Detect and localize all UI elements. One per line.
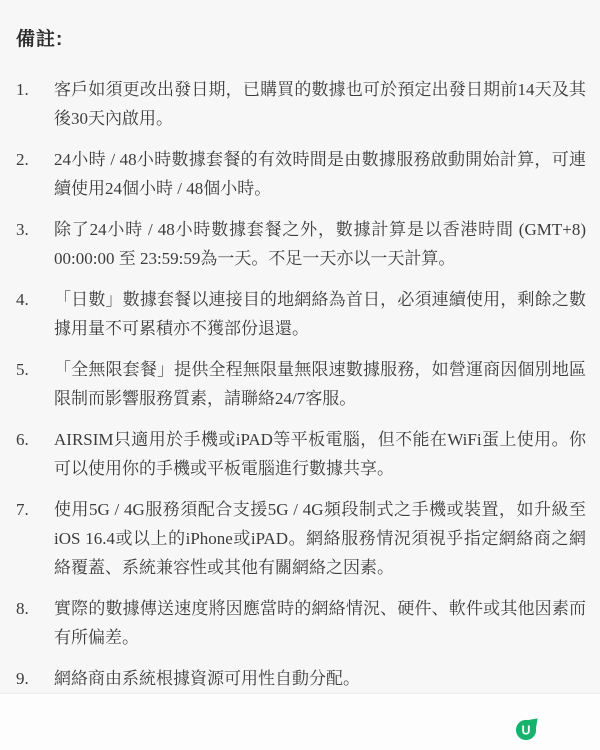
note-number: 2. bbox=[16, 145, 54, 174]
ulifestyle-logo-svg: U bbox=[515, 718, 538, 741]
notes-section: 備註: 1.客戶如須更改出發日期，已購買的數據也可於預定出發日期前14天及其後3… bbox=[0, 0, 600, 693]
note-text: 「全無限套餐」提供全程無限量無限速數據服務，如營運商因個別地區限制而影響服務質素… bbox=[54, 355, 586, 413]
note-number: 4. bbox=[16, 285, 54, 314]
note-number: 9. bbox=[16, 664, 54, 693]
footer-band: U bbox=[0, 693, 600, 750]
note-text: 24小時 / 48小時數據套餐的有效時間是由數據服務啟動開始計算，可連續使用24… bbox=[54, 145, 586, 203]
note-text: AIRSIM只適用於手機或iPAD等平板電腦，但不能在WiFi蛋上使用。你可以使… bbox=[54, 425, 586, 483]
note-number: 5. bbox=[16, 355, 54, 384]
ulifestyle-logo-icon: U bbox=[515, 718, 538, 741]
logo-letter: U bbox=[522, 723, 531, 737]
note-number: 3. bbox=[16, 215, 54, 244]
note-item: 2.24小時 / 48小時數據套餐的有效時間是由數據服務啟動開始計算，可連續使用… bbox=[16, 145, 586, 203]
note-item: 7.使用5G / 4G服務須配合支援5G / 4G頻段制式之手機或裝置，如升級至… bbox=[16, 495, 586, 582]
note-item: 5.「全無限套餐」提供全程無限量無限速數據服務，如營運商因個別地區限制而影響服務… bbox=[16, 355, 586, 413]
note-item: 1.客戶如須更改出發日期，已購買的數據也可於預定出發日期前14天及其後30天內啟… bbox=[16, 75, 586, 133]
notes-title: 備註: bbox=[16, 24, 586, 51]
note-item: 4.「日數」數據套餐以連接目的地網絡為首日，必須連續使用，剩餘之數據用量不可累積… bbox=[16, 285, 586, 343]
note-item: 6.AIRSIM只適用於手機或iPAD等平板電腦，但不能在WiFi蛋上使用。你可… bbox=[16, 425, 586, 483]
note-number: 8. bbox=[16, 594, 54, 623]
note-number: 7. bbox=[16, 495, 54, 524]
notes-page: 備註: 1.客戶如須更改出發日期，已購買的數據也可於預定出發日期前14天及其後3… bbox=[0, 0, 600, 750]
note-text: 使用5G / 4G服務須配合支援5G / 4G頻段制式之手機或裝置，如升級至iO… bbox=[54, 495, 586, 582]
note-text: 網絡商由系統根據資源可用性自動分配。 bbox=[54, 664, 586, 693]
note-text: 「日數」數據套餐以連接目的地網絡為首日，必須連續使用，剩餘之數據用量不可累積亦不… bbox=[54, 285, 586, 343]
note-item: 8.實際的數據傳送速度將因應當時的網絡情況、硬件、軟件或其他因素而有所偏差。 bbox=[16, 594, 586, 652]
note-item: 9.網絡商由系統根據資源可用性自動分配。 bbox=[16, 664, 586, 693]
note-text: 除了24小時 / 48小時數據套餐之外，數據計算是以香港時間 (GMT+8) 0… bbox=[54, 215, 586, 273]
note-item: 3.除了24小時 / 48小時數據套餐之外，數據計算是以香港時間 (GMT+8)… bbox=[16, 215, 586, 273]
note-text: 客戶如須更改出發日期，已購買的數據也可於預定出發日期前14天及其後30天內啟用。 bbox=[54, 75, 586, 133]
note-text: 實際的數據傳送速度將因應當時的網絡情況、硬件、軟件或其他因素而有所偏差。 bbox=[54, 594, 586, 652]
note-number: 6. bbox=[16, 425, 54, 454]
note-number: 1. bbox=[16, 75, 54, 104]
notes-list: 1.客戶如須更改出發日期，已購買的數據也可於預定出發日期前14天及其後30天內啟… bbox=[16, 75, 586, 693]
